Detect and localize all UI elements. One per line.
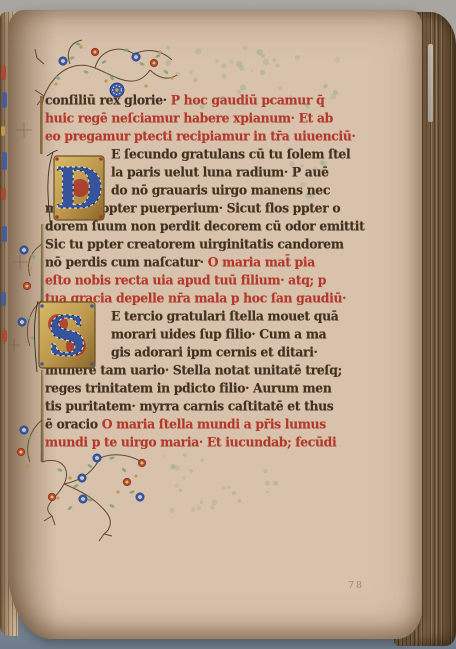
text-line-16: munere tam uario· Stella notat unitatē t… (45, 361, 351, 380)
text-line-9: Sic tu ppter creatorem uirginitatis cand… (45, 235, 351, 254)
text-line-15: gis adorari ipm cernis et ditari· (45, 343, 351, 362)
ink-text: tis puritatem· myrra carnis caſtitatē et… (45, 398, 333, 414)
ink-text: mutaris ppter puerperium· Sicut flos ppt… (45, 200, 340, 216)
text-line-20: mundi p te uirgo maria· Et iucundab; fec… (45, 433, 351, 452)
ink-text: ē oracio (45, 416, 102, 432)
text-line-11: eſto nobis recta uia apud tuū filium· at… (45, 271, 351, 290)
ink-text: dorem ſuum non perdit decorem cū odor em… (45, 218, 365, 234)
rubric-text: eſto nobis recta uia apud tuū filium· at… (45, 272, 326, 288)
ink-text: nō perdis cum naſcatur· (45, 254, 208, 270)
ink-text: Sic tu ppter creatorem uirginitatis cand… (45, 236, 344, 252)
ink-text: reges trinitatem in pdicto filio· Aurum … (45, 380, 332, 396)
rubric-text: O maria mat̄ pia (208, 254, 315, 270)
ink-text: la paris uelut luna radium· P auē (111, 164, 329, 180)
text-line-8: dorem ſuum non perdit decorem cū odor em… (45, 217, 351, 236)
text-line-19: ē oracio O maria ſtella mundi a pr̄is lu… (45, 415, 351, 434)
text-line-3: eo pregamur ptecti recipiamur in tr̄a ui… (45, 127, 351, 146)
ink-text: do nō grauaris uirgo manens nec (111, 182, 330, 198)
text-line-1: conſiliū rex glorie· P hoc gaudiū pcamur… (45, 91, 351, 110)
text-line-18: tis puritatem· myrra carnis caſtitatē et… (45, 397, 351, 416)
text-line-6: do nō grauaris uirgo manens nec (45, 181, 351, 200)
text-line-14: morari uides ſup filio· Cum a ma (45, 325, 351, 344)
ink-text: conſiliū rex glorie· (45, 92, 171, 108)
text-line-17: reges trinitatem in pdicto filio· Aurum … (45, 379, 351, 398)
rubric-text: eo pregamur ptecti recipiamur in tr̄a ui… (45, 128, 356, 144)
text-line-5: la paris uelut luna radium· P auē (45, 163, 351, 182)
text-line-12: tua gracia depelle nr̄a mala p hoc ſan g… (45, 289, 351, 308)
text-block: conſiliū rex glorie· P hoc gaudiū pcamur… (45, 91, 351, 451)
rubric-text: tua gracia depelle nr̄a mala p hoc ſan g… (45, 290, 346, 306)
ink-text: munere tam uario· Stella notat unitatē t… (45, 362, 342, 378)
photo-of-manuscript: D D S S conſiliū rex glorie· P hoc gaudi… (0, 0, 456, 649)
rubric-text: O maria ſtella mundi a pr̄is lumus (102, 416, 326, 432)
text-line-2: huic regē neſciamur habere xpianum· Et a… (45, 109, 351, 128)
rubric-text: P hoc gaudiū pcamur q̄ (171, 92, 325, 108)
folio-number: 78 (348, 580, 364, 591)
text-line-7: mutaris ppter puerperium· Sicut flos ppt… (45, 199, 351, 218)
text-line-13: E tercio gratulari ſtella mouet quā (45, 307, 351, 326)
text-line-4: E ſecundo gratulans cū tu ſolem ſtel (45, 145, 351, 164)
ink-text: morari uides ſup filio· Cum a ma (111, 326, 326, 342)
ink-text: E ſecundo gratulans cū tu ſolem ſtel (111, 146, 350, 162)
text-line-10: nō perdis cum naſcatur· O maria mat̄ pia (45, 253, 351, 272)
rubric-text: mundi p te uirgo maria· Et iucundab; fec… (45, 434, 336, 450)
ink-text: E tercio gratulari ſtella mouet quā (111, 308, 338, 324)
bookmark-tab (428, 44, 433, 122)
ink-text: gis adorari ipm cernis et ditari· (111, 344, 318, 360)
rubric-text: huic regē neſciamur habere xpianum· Et a… (45, 110, 333, 126)
